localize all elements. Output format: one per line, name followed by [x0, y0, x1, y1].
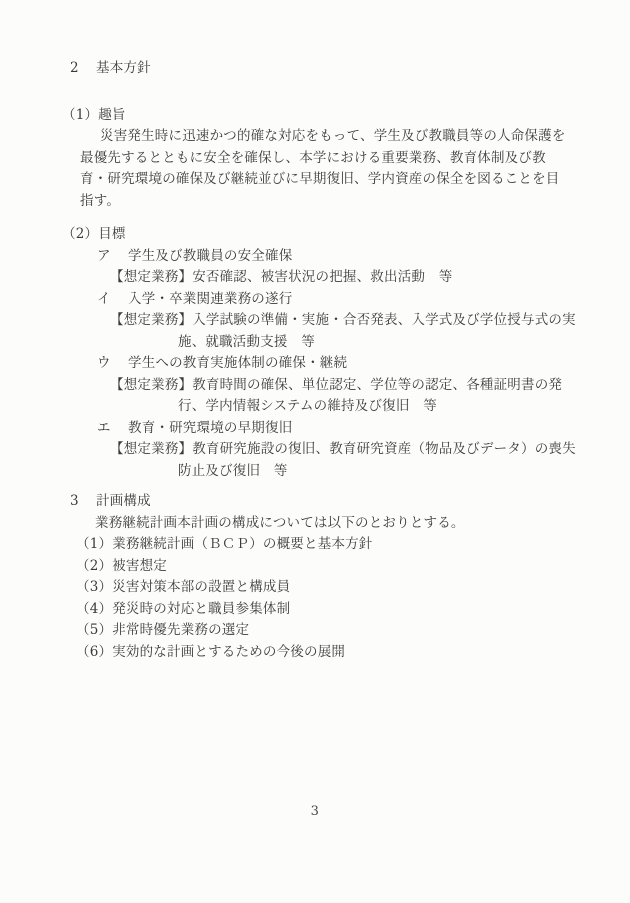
- task-line: 【想定業務】教育研究施設の復旧、教育研究資産（物品及びデータ）の喪失: [0, 439, 630, 461]
- section-heading-mokuhyo: （2）目標: [0, 224, 630, 246]
- chapter-number: 3: [70, 491, 96, 513]
- task-line: 【想定業務】安否確認、被害状況の把握、救出活動 等: [0, 267, 630, 289]
- chapter-heading-3: 3計画構成: [0, 491, 630, 513]
- list-item-text: 入学・卒業関連業務の遂行: [128, 291, 292, 307]
- paragraph-line: 指す。: [0, 191, 630, 213]
- chapter-heading-2: 2基本方針: [0, 58, 630, 80]
- chapter-title: 計画構成: [96, 493, 151, 509]
- plan-item-3: （3）災害対策本部の設置と構成員: [0, 577, 630, 599]
- task-continuation-line: 施、就職活動支援 等: [0, 332, 630, 354]
- list-item-label: ウ: [97, 353, 128, 375]
- list-item-text: 学生及び教職員の安全確保: [128, 248, 292, 264]
- list-item-label: ア: [97, 246, 128, 268]
- task-line: 【想定業務】入学試験の準備・実施・合否発表、入学式及び学位授与式の実: [0, 310, 630, 332]
- list-item-u: ウ学生への教育実施体制の確保・継続: [0, 353, 630, 375]
- plan-item-1: （1）業務継続計画（ＢＣＰ）の概要と基本方針: [0, 534, 630, 556]
- paragraph-line: 災害発生時に迅速かつ的確な対応をもって、学生及び教職員等の人命保護を: [0, 126, 630, 148]
- document-body: 2基本方針 （1）趣旨 災害発生時に迅速かつ的確な対応をもって、学生及び教職員等…: [0, 0, 630, 663]
- chapter-title: 基本方針: [96, 60, 151, 76]
- section-heading-shushi: （1）趣旨: [0, 105, 630, 127]
- plan-item-6: （6）実効的な計画とするための今後の展開: [0, 642, 630, 664]
- paragraph-line: 育・研究環境の確保及び継続並びに早期復旧、学内資産の保全を図ることを目: [0, 169, 630, 191]
- paragraph-line: 最優先するとともに安全を確保し、本学における重要業務、教育体制及び教: [0, 148, 630, 170]
- page-number: 3: [0, 804, 630, 819]
- list-item-text: 学生への教育実施体制の確保・継続: [128, 355, 347, 371]
- document-page: { "page": { "background": "#fcfcfb", "te…: [0, 0, 630, 903]
- intro-line: 業務継続計画本計画の構成については以下のとおりとする。: [0, 513, 630, 535]
- plan-item-4: （4）発災時の対応と職員参集体制: [0, 599, 630, 621]
- task-continuation-line: 防止及び復旧 等: [0, 461, 630, 483]
- list-item-e: エ教育・研究環境の早期復旧: [0, 418, 630, 440]
- list-item-a: ア学生及び教職員の安全確保: [0, 246, 630, 268]
- list-item-i: イ入学・卒業関連業務の遂行: [0, 289, 630, 311]
- chapter-number: 2: [70, 58, 96, 80]
- list-item-label: エ: [97, 418, 128, 440]
- list-item-text: 教育・研究環境の早期復旧: [128, 420, 292, 436]
- plan-item-5: （5）非常時優先業務の選定: [0, 620, 630, 642]
- task-line: 【想定業務】教育時間の確保、単位認定、学位等の認定、各種証明書の発: [0, 375, 630, 397]
- list-item-label: イ: [97, 289, 128, 311]
- plan-item-2: （2）被害想定: [0, 556, 630, 578]
- task-continuation-line: 行、学内情報システムの維持及び復旧 等: [0, 396, 630, 418]
